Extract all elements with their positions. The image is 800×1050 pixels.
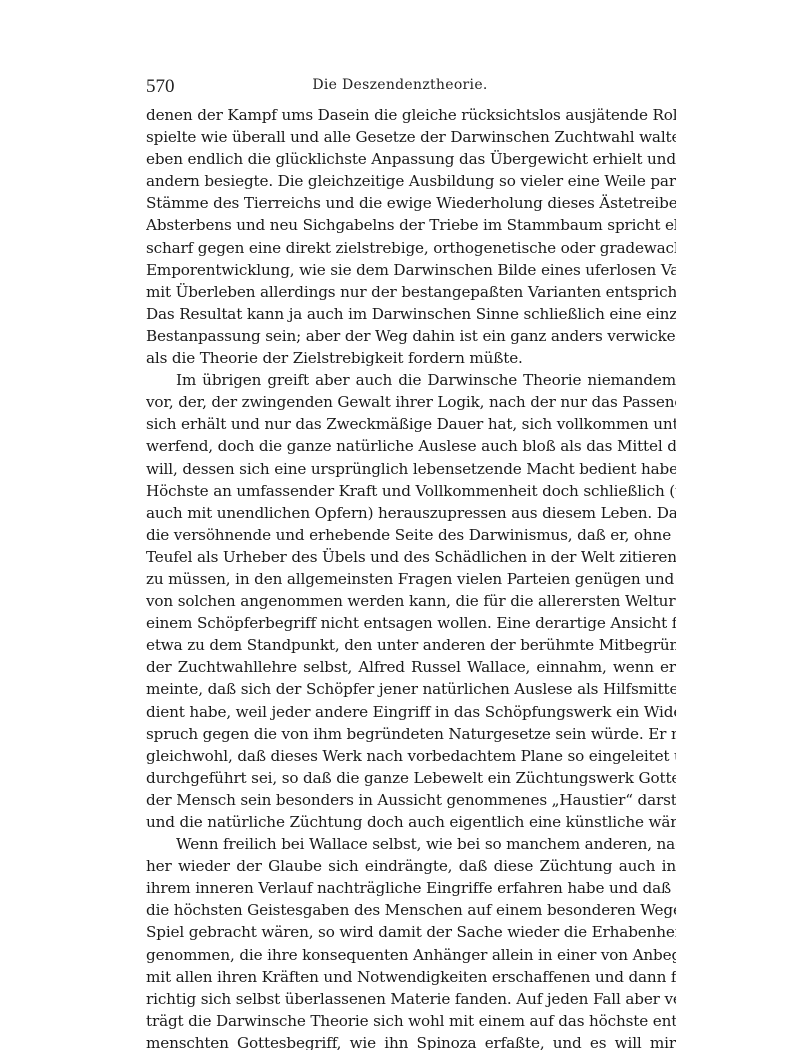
text-line: der Mensch sein besonders in Aussicht ge…: [146, 789, 676, 811]
text-line: vor, der, der zwingenden Gewalt ihrer Lo…: [146, 391, 676, 413]
text-line: will, dessen sich eine ursprünglich lebe…: [146, 458, 676, 480]
text-line: etwa zu dem Standpunkt, den unter andere…: [146, 634, 676, 656]
text-line: Teufel als Urheber des Übels und des Sch…: [146, 546, 676, 568]
text-line: Emporentwicklung, wie sie dem Darwinsche…: [146, 259, 676, 281]
text-line: einem Schöpferbegriff nicht entsagen wol…: [146, 612, 676, 634]
text-line: andern besiegte. Die gleichzeitige Ausbi…: [146, 170, 676, 192]
text-line: mit Überleben allerdings nur der bestang…: [146, 281, 676, 303]
text-line: Spiel gebracht wären, so wird damit der …: [146, 921, 676, 943]
text-line: meinte, daß sich der Schöpfer jener natü…: [146, 678, 676, 700]
text-line: menschten Gottesbegriff, wie ihn Spinoza…: [146, 1032, 676, 1050]
text-line: als die Theorie der Zielstrebigkeit ford…: [146, 347, 676, 369]
text-line: eben endlich die glücklichste Anpassung …: [146, 148, 676, 170]
text-line: Stämme des Tierreichs und die ewige Wied…: [146, 192, 676, 214]
body-text: denen der Kampf ums Dasein die gleiche r…: [146, 104, 676, 1050]
text-line: Das Resultat kann ja auch im Darwinschen…: [146, 303, 676, 325]
running-title: Die Deszendenztheorie.: [0, 77, 800, 93]
paragraph-start: Wenn freilich bei Wallace selbst, wie be…: [146, 833, 676, 855]
text-line: werfend, doch die ganze natürliche Ausle…: [146, 435, 676, 457]
text-line: durchgeführt sei, so daß die ganze Lebew…: [146, 767, 676, 789]
text-line: Höchste an umfassender Kraft und Vollkom…: [146, 480, 676, 502]
text-line: sich erhält und nur das Zweckmäßige Daue…: [146, 413, 676, 435]
text-line: auch mit unendlichen Opfern) herauszupre…: [146, 502, 676, 524]
text-line: ihrem inneren Verlauf nachträgliche Eing…: [146, 877, 676, 899]
text-line: denen der Kampf ums Dasein die gleiche r…: [146, 104, 676, 126]
text-line: trägt die Darwinsche Theorie sich wohl m…: [146, 1010, 676, 1032]
text-line: mit allen ihren Kräften und Notwendigkei…: [146, 966, 676, 988]
paragraph-start: Im übrigen greift aber auch die Darwinsc…: [146, 369, 676, 391]
text-line: spielte wie überall und alle Gesetze der…: [146, 126, 676, 148]
text-line: zu müssen, in den allgemeinsten Fragen v…: [146, 568, 676, 590]
text-line: Absterbens und neu Sichgabelns der Trieb…: [146, 214, 676, 236]
text-line: von solchen angenommen werden kann, die …: [146, 590, 676, 612]
text-line: die versöhnende und erhebende Seite des …: [146, 524, 676, 546]
text-line: der Zuchtwahllehre selbst, Alfred Russel…: [146, 656, 676, 678]
text-line: her wieder der Glaube sich eindrängte, d…: [146, 855, 676, 877]
text-line: dient habe, weil jeder andere Eingriff i…: [146, 701, 676, 723]
text-line: scharf gegen eine direkt zielstrebige, o…: [146, 237, 676, 259]
text-line: und die natürliche Züchtung doch auch ei…: [146, 811, 676, 833]
text-line: Bestanpassung sein; aber der Weg dahin i…: [146, 325, 676, 347]
text-line: genommen, die ihre konsequenten Anhänger…: [146, 944, 676, 966]
text-line: richtig sich selbst überlassenen Materie…: [146, 988, 676, 1010]
text-line: gleichwohl, daß dieses Werk nach vorbeda…: [146, 745, 676, 767]
text-line: die höchsten Geistesgaben des Menschen a…: [146, 899, 676, 921]
text-line: spruch gegen die von ihm begründeten Nat…: [146, 723, 676, 745]
